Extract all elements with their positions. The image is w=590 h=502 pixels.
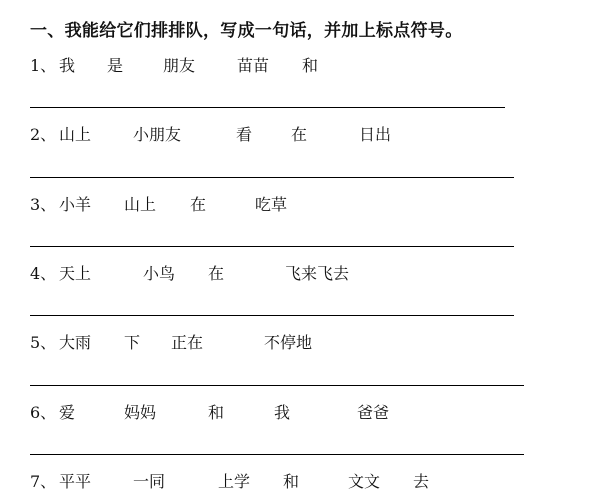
answer-line-6	[30, 454, 524, 455]
exercise-number: 1、	[30, 53, 56, 76]
word-card: 是	[107, 53, 123, 76]
word-card: 大雨	[59, 330, 91, 353]
word-card: 平平	[59, 469, 91, 492]
exercise-row-2: 2、山上小朋友看在日出	[0, 122, 590, 144]
word-card: 和	[302, 53, 318, 76]
word-card: 和	[208, 400, 224, 423]
word-card: 上学	[218, 469, 250, 492]
word-card: 文文	[348, 469, 380, 492]
word-card: 在	[291, 122, 307, 145]
word-card: 小羊	[59, 192, 91, 215]
word-card: 在	[208, 261, 224, 284]
word-card: 爱	[59, 400, 75, 423]
exercise-number: 2、	[30, 122, 56, 145]
word-card: 爸爸	[357, 400, 389, 423]
word-card: 在	[190, 192, 206, 215]
word-card: 不停地	[264, 330, 312, 353]
answer-line-5	[30, 385, 524, 386]
exercise-row-4: 4、天上小鸟在飞来飞去	[0, 261, 590, 283]
word-card: 看	[236, 122, 252, 145]
word-card: 一同	[133, 469, 165, 492]
answer-line-3	[30, 246, 514, 247]
exercise-number: 6、	[30, 400, 56, 423]
answer-line-1	[30, 107, 505, 108]
word-card: 和	[283, 469, 299, 492]
word-card: 日出	[359, 122, 391, 145]
word-card: 我	[274, 400, 290, 423]
answer-line-4	[30, 315, 514, 316]
word-card: 天上	[59, 261, 91, 284]
word-card: 我	[59, 53, 75, 76]
word-card: 朋友	[163, 53, 195, 76]
word-card: 山上	[59, 122, 91, 145]
word-card: 苗苗	[237, 53, 269, 76]
exercise-row-1: 1、我是朋友苗苗和	[0, 53, 590, 75]
word-card: 去	[413, 469, 429, 492]
word-card: 下	[124, 330, 140, 353]
word-card: 小鸟	[143, 261, 175, 284]
word-card: 飞来飞去	[285, 261, 349, 284]
exercise-row-6: 6、爱妈妈和我爸爸	[0, 400, 590, 422]
worksheet-title: 一、我能给它们排排队，写成一句话，并加上标点符号。	[30, 16, 463, 41]
exercise-number: 3、	[30, 192, 56, 215]
word-card: 山上	[124, 192, 156, 215]
answer-line-2	[30, 177, 514, 178]
word-card: 小朋友	[133, 122, 181, 145]
exercise-row-7: 7、平平一同上学和文文去	[0, 469, 590, 491]
exercise-number: 4、	[30, 261, 56, 284]
exercise-row-5: 5、大雨下正在不停地	[0, 330, 590, 352]
exercise-number: 5、	[30, 330, 56, 353]
word-card: 正在	[171, 330, 203, 353]
exercise-number: 7、	[30, 469, 56, 492]
word-card: 吃草	[255, 192, 287, 215]
word-card: 妈妈	[124, 400, 156, 423]
exercise-row-3: 3、小羊山上在吃草	[0, 192, 590, 214]
